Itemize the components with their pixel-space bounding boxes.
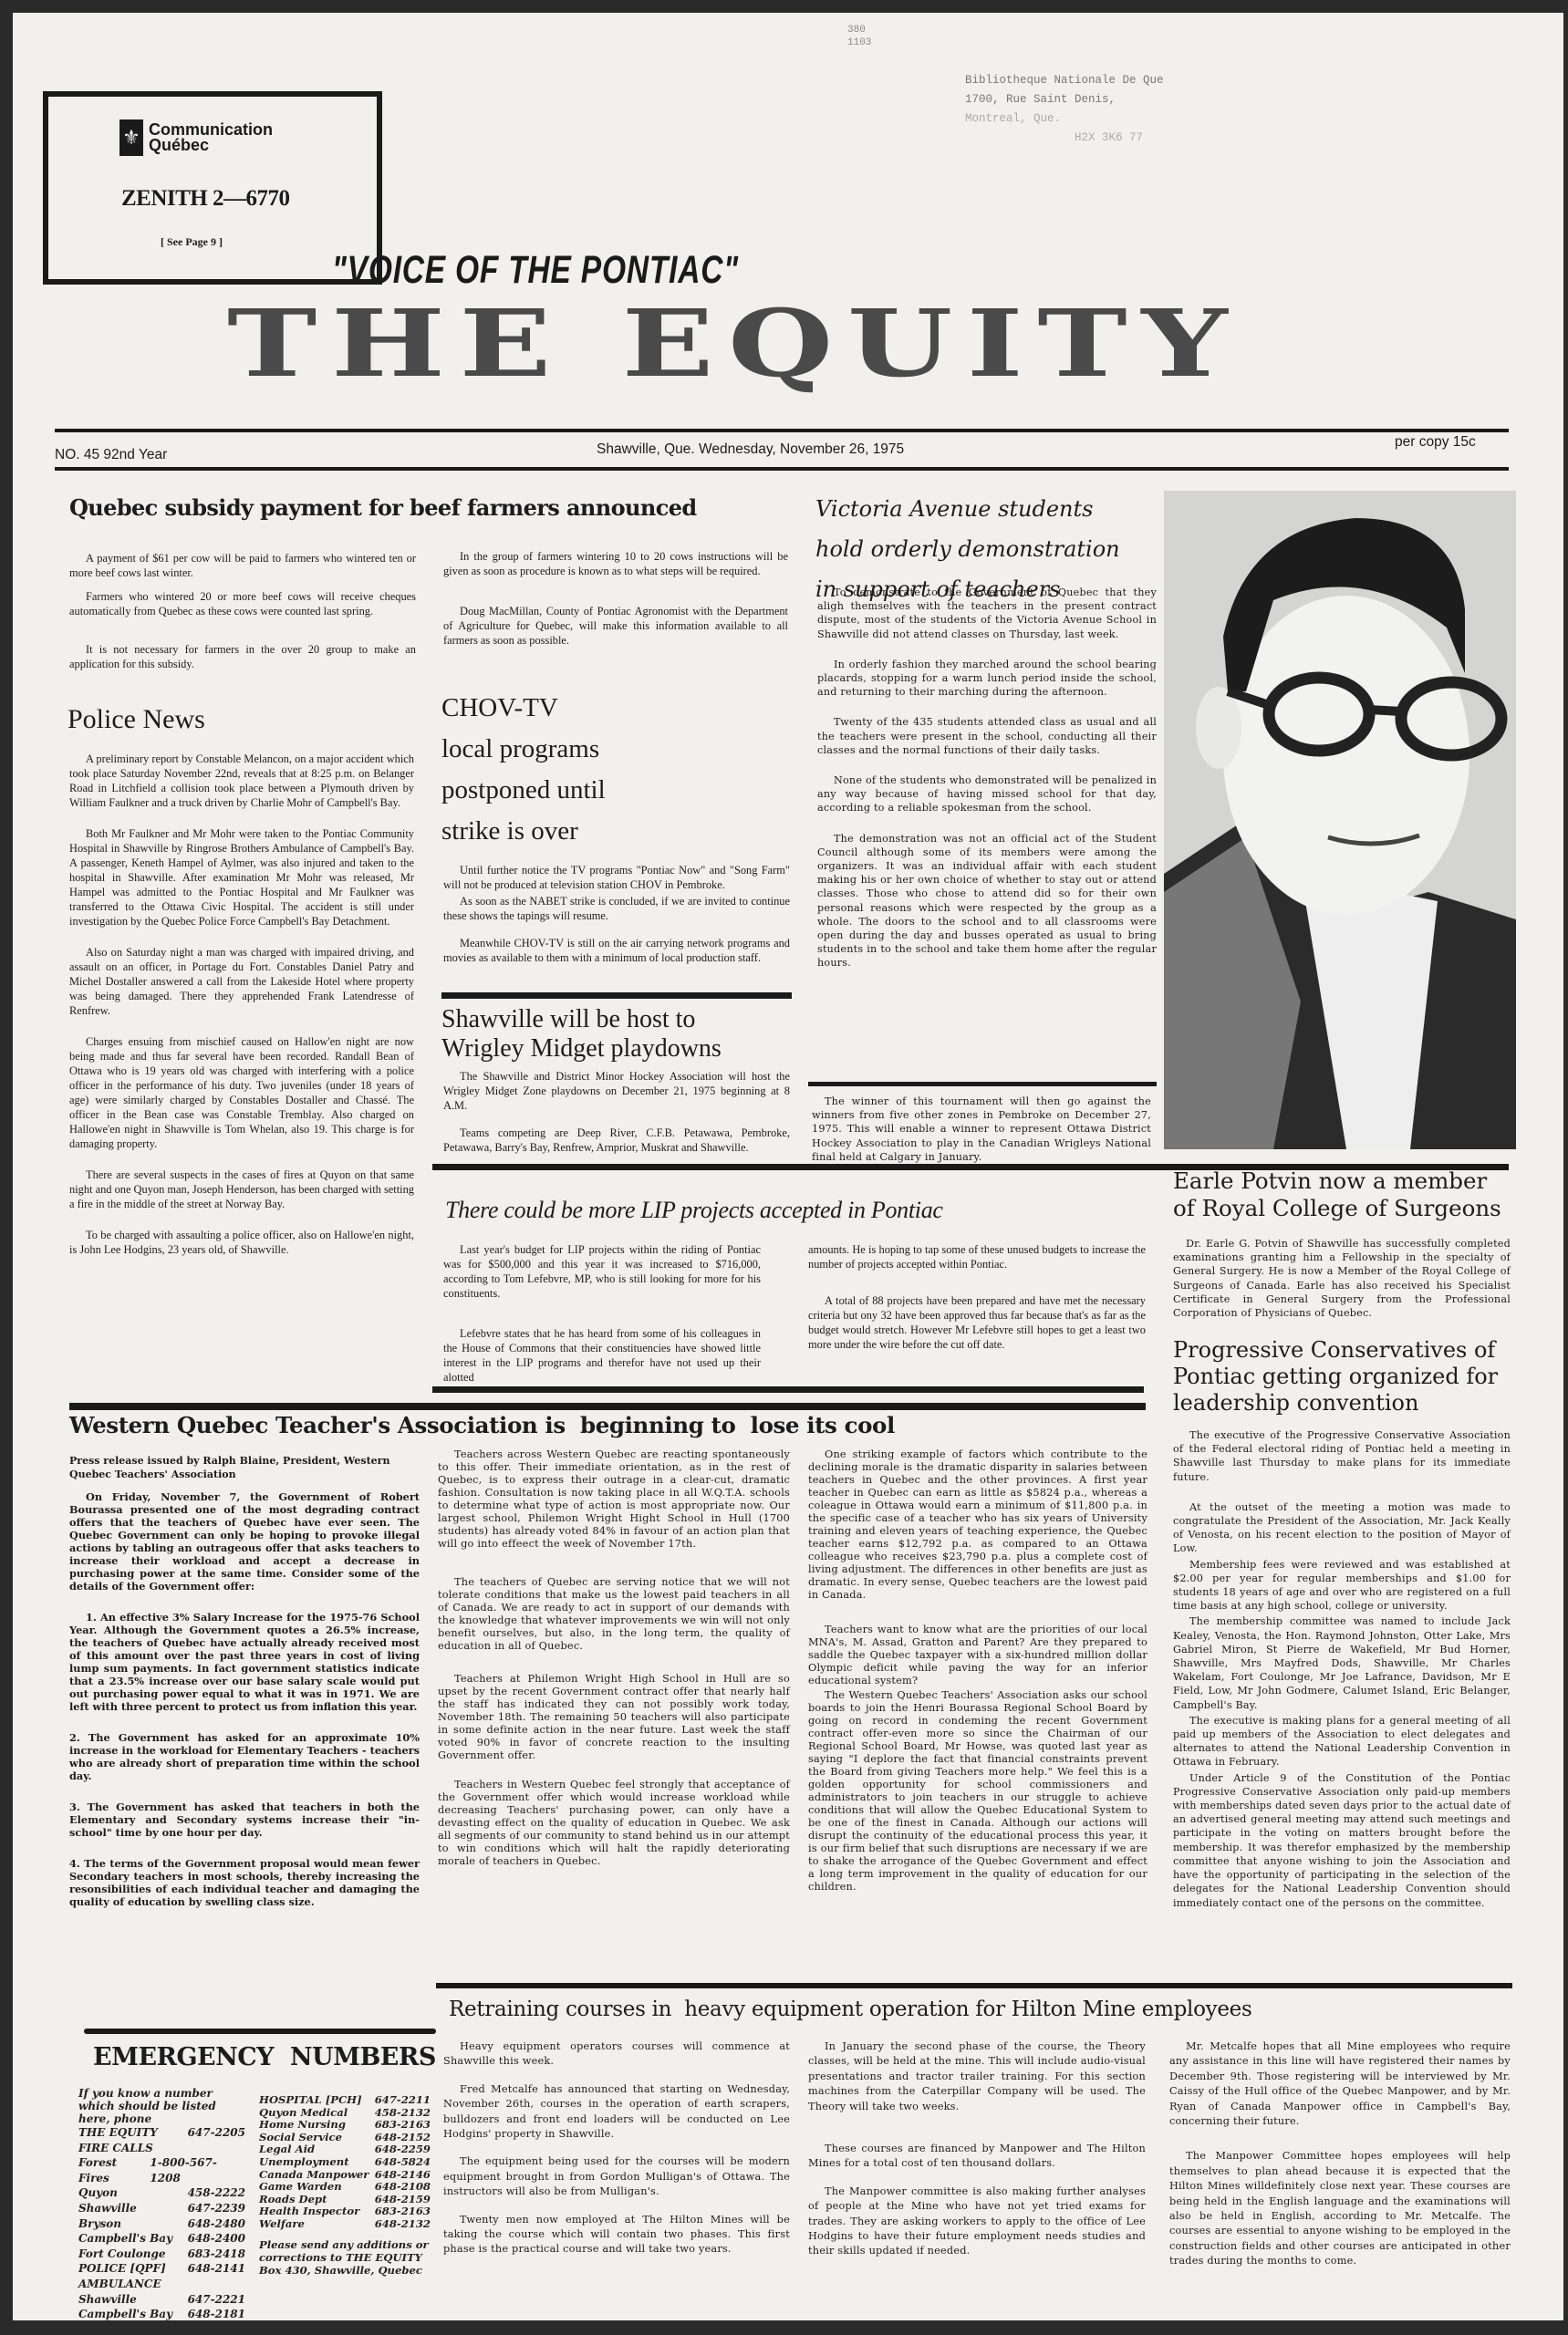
potvin-portrait-photo (1164, 491, 1516, 1149)
emergency-numbers-title: EMERGENCY NUMBERS (93, 2043, 436, 2071)
emergency-row: AMBULANCE (78, 2277, 245, 2292)
article-wrigley-continued: The winner of this tournament will then … (812, 1095, 1151, 1164)
portrait-illustration (1164, 491, 1516, 1149)
masthead-slogan: "VOICE OF THE PONTIAC" (332, 248, 739, 293)
emergency-row: Forest Fires1-800-567-1208 (78, 2155, 245, 2185)
article-victoria-avenue: To demonstrate to the Government of Queb… (817, 586, 1157, 980)
article-hilton-col3: Mr. Metcalfe hopes that all Mine employe… (1169, 2039, 1511, 2278)
article-wrigley: The Shawville and District Minor Hockey … (443, 1069, 790, 1164)
issue-number: NO. 45 92nd Year (55, 447, 167, 463)
emergency-row: Shawville647-2239 (78, 2201, 245, 2216)
emergency-row: Game Warden648-2108 (259, 2181, 431, 2194)
article-wqta-col3: One striking example of factors which co… (808, 1448, 1147, 1903)
emergency-row: Campbell's Bay648-2400 (78, 2231, 245, 2247)
archive-call-numbers: 380 1103 (847, 24, 871, 49)
emergency-row: Roads Dept648-2159 (259, 2194, 431, 2206)
emergency-row: Fort Coulonge683-2418 (78, 2247, 245, 2262)
article-lip-col1: Last year's budget for LIP projects with… (443, 1242, 761, 1394)
headline-chov-tv: CHOV-TV local programs postponed until s… (441, 688, 606, 852)
newspaper-page: 380 1103 Bibliotheque Nationale De Que 1… (13, 13, 1563, 2320)
emergency-numbers-right: HOSPITAL [PCH]647-2211 Quyon Medical458-… (259, 2094, 431, 2277)
emergency-numbers-left: If you know a number which should be lis… (78, 2087, 245, 2322)
article-beef-col1: A payment of $61 per cow will be paid to… (69, 551, 416, 680)
emergency-row: Health Inspector683-2163 (259, 2205, 431, 2218)
article-police-news: A preliminary report by Constable Melanc… (69, 752, 414, 1266)
emergency-footer-note: Please send any additions or corrections… (259, 2238, 431, 2277)
headline-progressive-conservatives: Progressive Conservatives of Pontiac get… (1173, 1337, 1498, 1417)
emergency-row: FIRE CALLS (78, 2141, 245, 2156)
article-beef-col2: In the group of farmers wintering 10 to … (443, 549, 788, 657)
price: per copy 15c (1395, 434, 1476, 451)
wqta-byline: Press release issued by Ralph Blaine, Pr… (69, 1454, 416, 1481)
emergency-row: Unemployment648-5824 (259, 2156, 431, 2169)
emergency-row: Quyon458-2222 (78, 2185, 245, 2201)
emergency-row: HOSPITAL [PCH]647-2211 (259, 2094, 431, 2107)
headline-hilton-retraining: Retraining courses in heavy equipment op… (449, 1998, 1251, 2021)
quebec-logo: ⚜ Communication Québec (119, 119, 273, 156)
emergency-row: Canada Manpower648-2146 (259, 2169, 431, 2182)
emergency-row: Legal Aid648-2259 (259, 2143, 431, 2156)
emergency-row: THE EQUITY647-2205 (78, 2125, 245, 2141)
fleur-de-lis-icon: ⚜ (119, 119, 143, 156)
dateline: Shawville, Que. Wednesday, November 26, … (597, 441, 904, 458)
article-lip-col2: amounts. He is hoping to tap some of the… (808, 1242, 1146, 1361)
headline-police-news: Police News (67, 704, 205, 735)
emergency-row: Shawville647-2221 (78, 2292, 245, 2308)
article-wqta-col1: On Friday, November 7, the Government of… (69, 1490, 420, 1917)
masthead-title: THE EQUITY (227, 297, 1241, 389)
article-wqta-col2: Teachers across Western Quebec are react… (438, 1448, 790, 1877)
emergency-row: Quyon Medical458-2132 (259, 2107, 431, 2120)
ad-see-page[interactable]: [ See Page 9 ] (161, 235, 223, 249)
headline-beef-subsidy: Quebec subsidy payment for beef farmers … (69, 494, 697, 521)
library-address-label: Bibliotheque Nationale De Que 1700, Rue … (965, 71, 1164, 148)
emergency-row: Welfare648-2132 (259, 2218, 431, 2231)
article-hilton-col1: Heavy equipment operators courses will c… (443, 2039, 790, 2267)
article-hilton-col2: In January the second phase of the cours… (808, 2039, 1146, 2268)
headline-lip-projects: There could be more LIP projects accepte… (445, 1197, 943, 1224)
emergency-row: Home Nursing683-2163 (259, 2119, 431, 2132)
article-progressive-conservatives: The executive of the Progressive Conserv… (1173, 1428, 1511, 1919)
article-potvin: Dr. Earle G. Potvin of Shawville has suc… (1173, 1237, 1511, 1320)
article-chov-tv: Until further notice the TV programs "Po… (443, 863, 790, 974)
emergency-row: POLICE [QPF]648-2141 (78, 2261, 245, 2277)
headline-wqta: Western Quebec Teacher's Association is … (69, 1412, 895, 1438)
ad-phone-number: ZENITH 2—6770 (121, 186, 290, 212)
emergency-row: Bryson648-2480 (78, 2216, 245, 2232)
emergency-row: Campbell's Bay648-2181 (78, 2307, 245, 2322)
emergency-row: Social Service648-2152 (259, 2132, 431, 2144)
headline-potvin: Earle Potvin now a member of Royal Colle… (1173, 1167, 1501, 1222)
headline-wrigley-playdowns: Shawville will be host to Wrigley Midget… (441, 1005, 770, 1064)
